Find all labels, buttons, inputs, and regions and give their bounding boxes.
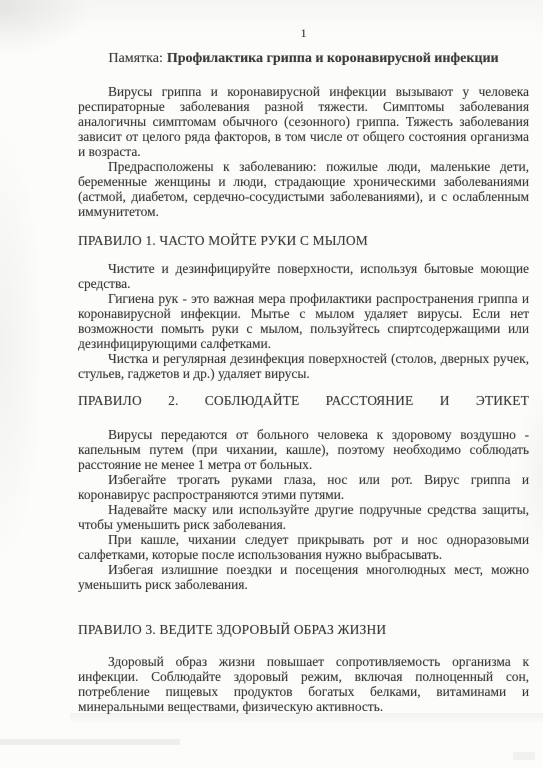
intro-paragraph: Вирусы гриппа и коронавирусной инфекции … — [78, 84, 529, 159]
rule-1-paragraph: Чистка и регулярная дезинфекция поверхно… — [78, 351, 529, 381]
title-prefix: Памятка: — [108, 51, 162, 66]
rule-2-paragraph: При кашле, чихании следует прикрывать ро… — [78, 532, 529, 562]
scan-artifact — [70, 713, 543, 722]
rule-1-paragraph: Чистите и дезинфицируйте поверхности, ис… — [78, 261, 529, 291]
rule-1-paragraph: Гигиена рук - это важная мера профилакти… — [78, 291, 529, 351]
rule-2-heading: ПРАВИЛО 2. СОБЛЮДАЙТЕ РАССТОЯНИЕ И ЭТИКЕ… — [78, 393, 529, 408]
scanned-document-page: 1 Памятка:Профилактика гриппа и коронави… — [0, 0, 543, 768]
scan-artifact — [0, 739, 180, 745]
rule-2-paragraph: Вирусы передаются от больного человека к… — [78, 427, 529, 472]
intro-paragraph: Предрасположены к заболеванию: пожилые л… — [78, 159, 529, 219]
rule-2-paragraph: Избегая излишние поездки и посещения мно… — [78, 562, 529, 592]
rule-2-paragraph: Надевайте маску или используйте другие п… — [78, 502, 529, 532]
rule-3-heading: ПРАВИЛО 3. ВЕДИТЕ ЗДОРОВЫЙ ОБРАЗ ЖИЗНИ — [78, 622, 529, 637]
document-title: Памятка:Профилактика гриппа и коронавиру… — [78, 51, 529, 67]
rule-3-paragraph: Здоровый образ жизни повышает сопротивля… — [78, 654, 529, 714]
document-content: 1 Памятка:Профилактика гриппа и коронави… — [0, 0, 543, 714]
title-main: Профилактика гриппа и коронавирусной инф… — [167, 51, 499, 66]
scan-artifact — [513, 752, 535, 760]
page-number: 1 — [78, 26, 529, 40]
rule-1-heading: ПРАВИЛО 1. ЧАСТО МОЙТЕ РУКИ С МЫЛОМ — [78, 233, 529, 248]
rule-2-paragraph: Избегайте трогать руками глаза, нос или … — [78, 472, 529, 502]
